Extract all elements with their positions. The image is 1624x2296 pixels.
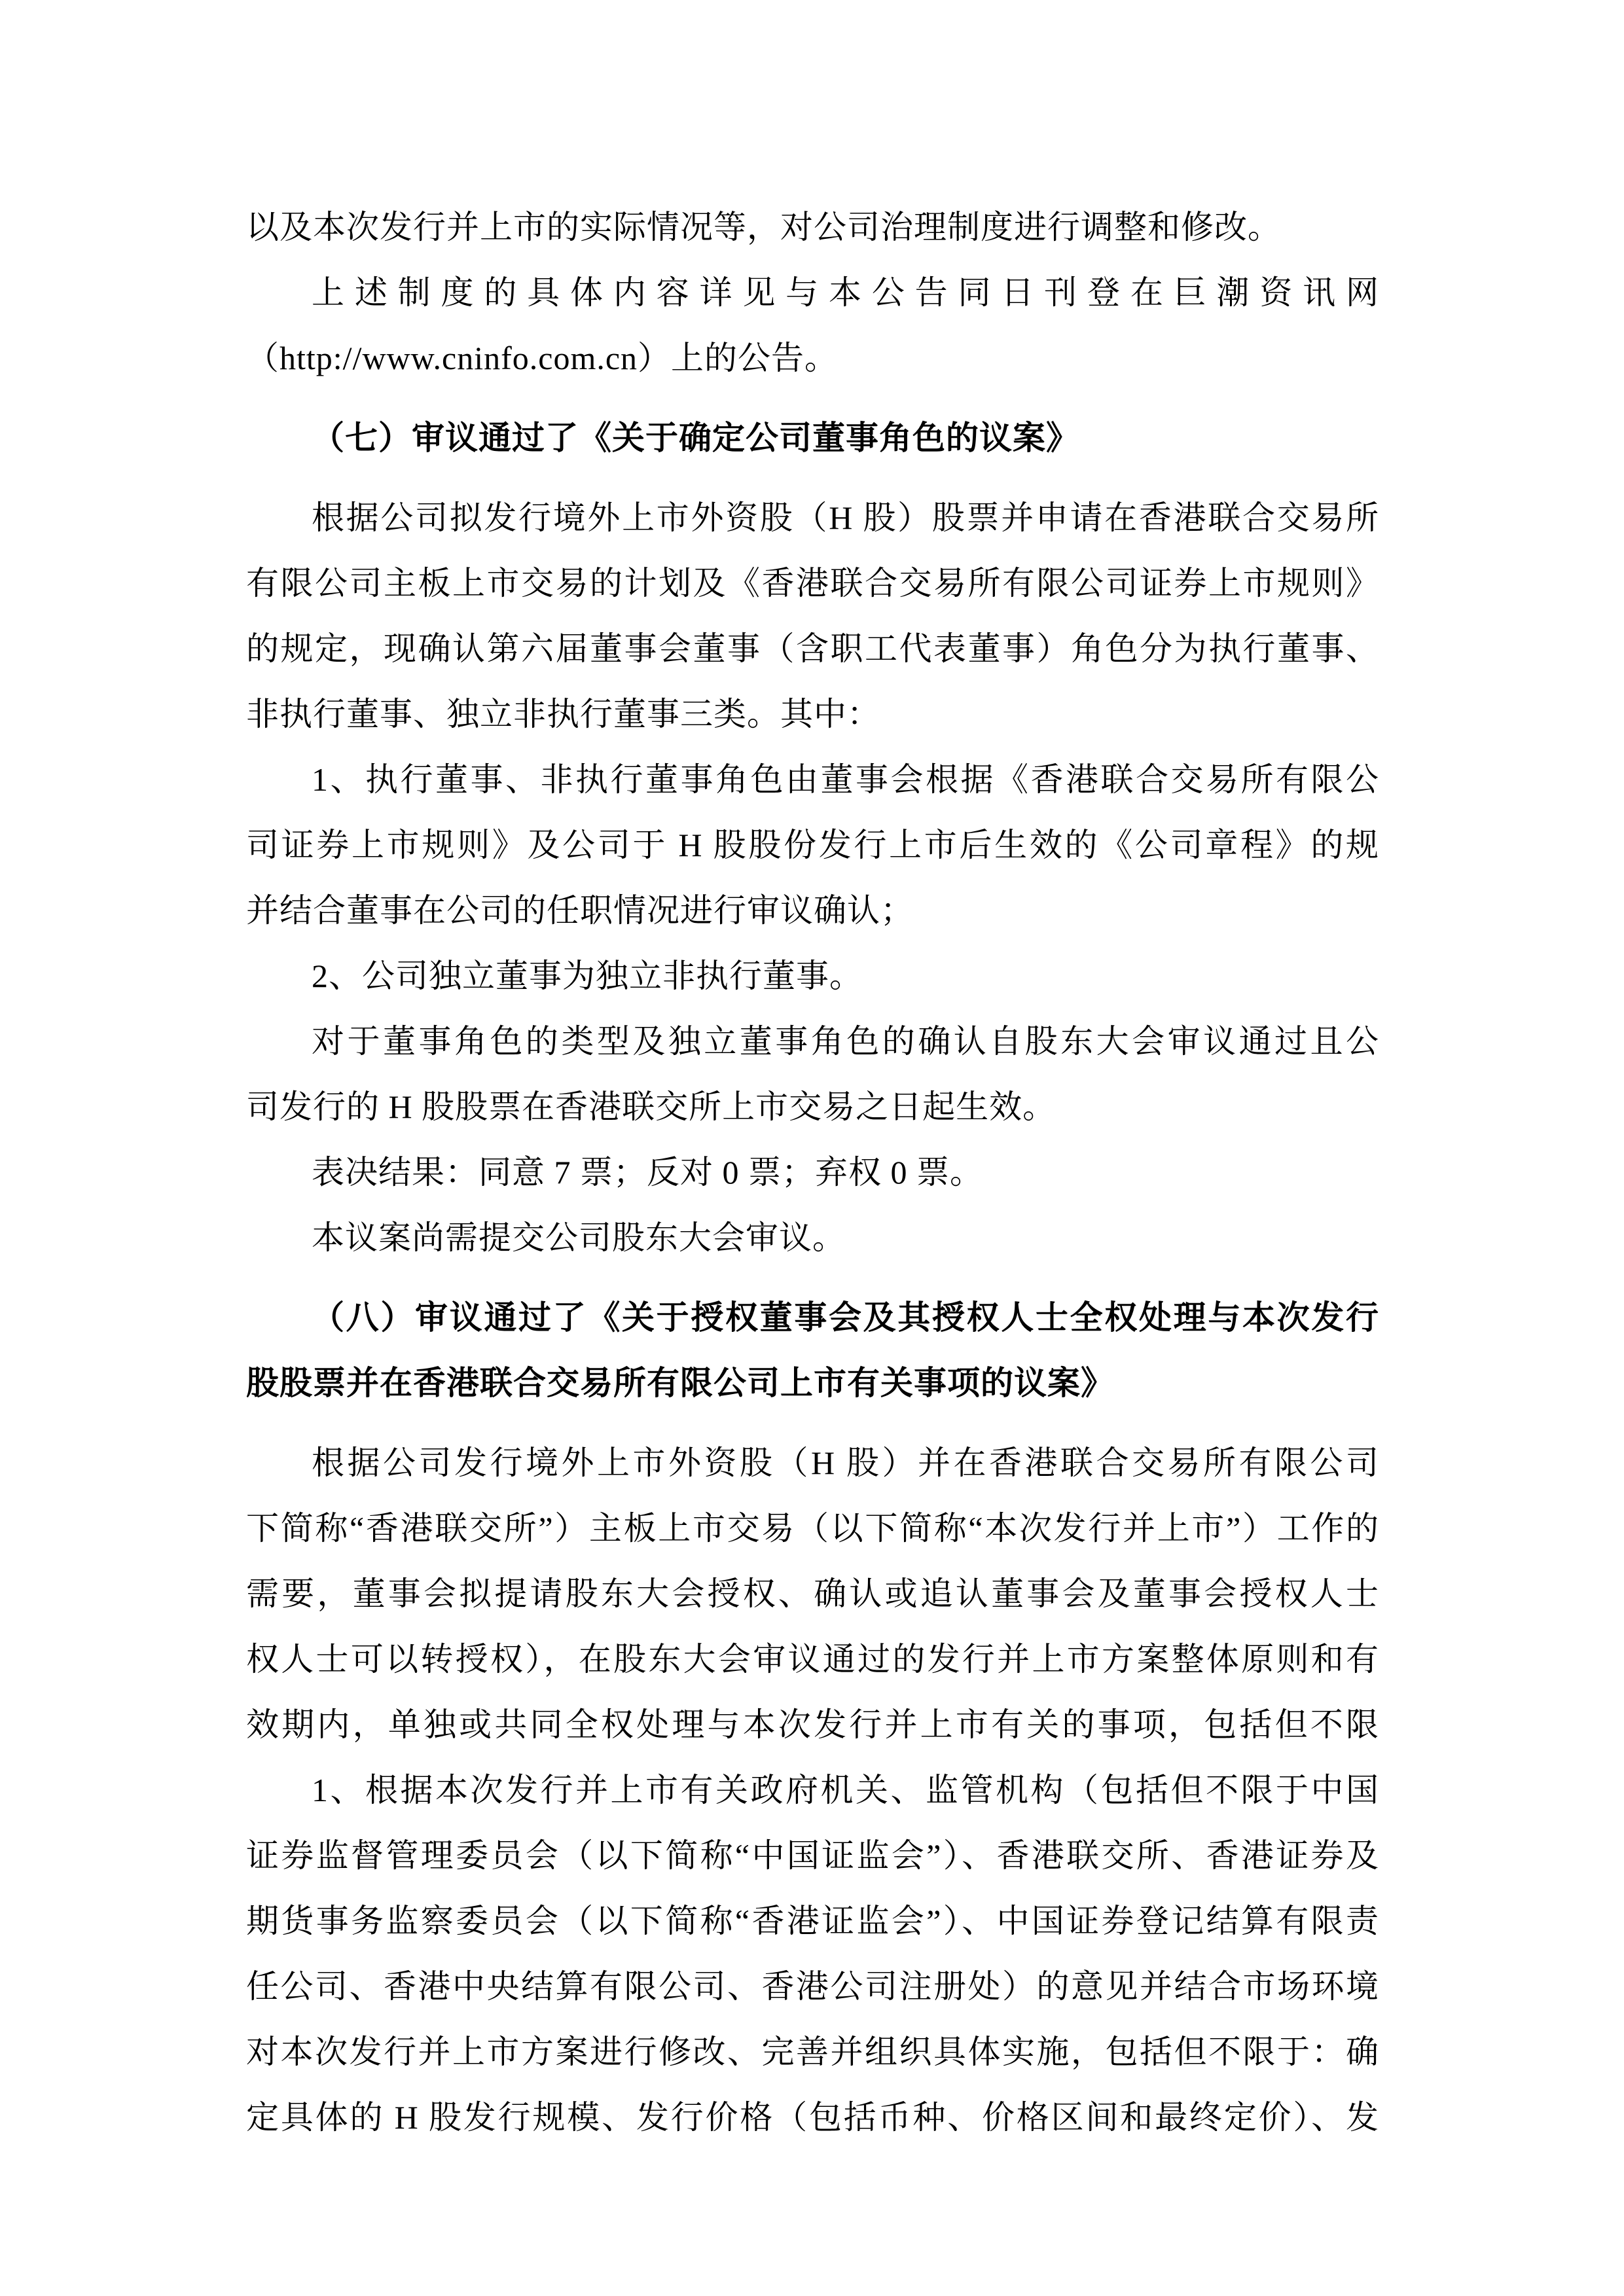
- section-heading-line: 股股票并在香港联合交易所有限公司上市有关事项的议案》: [246, 1350, 1379, 1416]
- text-line: 期货事务监察委员会（以下简称“香港证监会”）、中国证券登记结算有限责: [246, 1888, 1379, 1954]
- text-line: 上述制度的具体内容详见与本公告同日刊登在巨潮资讯网: [246, 260, 1379, 325]
- text-line: 证券监督管理委员会（以下简称“中国证监会”）、香港联交所、香港证券及: [246, 1823, 1379, 1888]
- section-heading-line: （八）审议通过了《关于授权董事会及其授权人士全权处理与本次发行 H: [246, 1285, 1379, 1350]
- document-page: 以及本次发行并上市的实际情况等，对公司治理制度进行调整和修改。上述制度的具体内容…: [0, 0, 1624, 2296]
- text-line: 1、执行董事、非执行董事角色由董事会根据《香港联合交易所有限公: [246, 747, 1379, 812]
- text-line: 以及本次发行并上市的实际情况等，对公司治理制度进行调整和修改。: [246, 194, 1379, 260]
- text-line: 权人士可以转授权），在股东大会审议通过的发行并上市方案整体原则和有: [246, 1626, 1379, 1692]
- text-line: 并结合董事在公司的任职情况进行审议确认；: [246, 878, 1379, 943]
- text-line: 司证券上市规则》及公司于 H 股股份发行上市后生效的《公司章程》的规定，: [246, 812, 1379, 878]
- text-line: 有限公司主板上市交易的计划及《香港联合交易所有限公司证券上市规则》: [246, 550, 1379, 616]
- text-line: 下简称“香港联交所”）主板上市交易（以下简称“本次发行并上市”）工作的: [246, 1496, 1379, 1561]
- text-line: 任公司、香港中央结算有限公司、香港公司注册处）的意见并结合市场环境: [246, 1954, 1379, 2019]
- text-line: 的规定，现确认第六届董事会董事（含职工代表董事）角色分为执行董事、: [246, 616, 1379, 681]
- text-line: 效期内，单独或共同全权处理与本次发行并上市有关的事项，包括但不限于：: [246, 1692, 1379, 1757]
- text-line: 定具体的 H 股发行规模、发行价格（包括币种、价格区间和最终定价）、发: [246, 2085, 1379, 2150]
- text-line: 根据公司拟发行境外上市外资股（H 股）股票并申请在香港联合交易所: [246, 485, 1379, 550]
- section-heading-line: （七）审议通过了《关于确定公司董事角色的议案》: [246, 405, 1379, 471]
- text-line: 表决结果：同意 7 票；反对 0 票；弃权 0 票。: [246, 1139, 1379, 1205]
- text-line: 司发行的 H 股股票在香港联交所上市交易之日起生效。: [246, 1074, 1379, 1139]
- text-line: 1、根据本次发行并上市有关政府机关、监管机构（包括但不限于中国: [246, 1757, 1379, 1823]
- text-line: 需要，董事会拟提请股东大会授权、确认或追认董事会及董事会授权人士（授: [246, 1561, 1379, 1626]
- text-line: 对本次发行并上市方案进行修改、完善并组织具体实施，包括但不限于：确: [246, 2019, 1379, 2085]
- text-line: 非执行董事、独立非执行董事三类。其中：: [246, 681, 1379, 747]
- text-line: 根据公司发行境外上市外资股（H 股）并在香港联合交易所有限公司（以: [246, 1430, 1379, 1496]
- text-line: 本议案尚需提交公司股东大会审议。: [246, 1205, 1379, 1270]
- document-body: 以及本次发行并上市的实际情况等，对公司治理制度进行调整和修改。上述制度的具体内容…: [246, 194, 1379, 2150]
- text-line: （http://www.cninfo.com.cn）上的公告。: [246, 325, 1379, 391]
- text-line: 2、公司独立董事为独立非执行董事。: [246, 943, 1379, 1009]
- text-line: 对于董事角色的类型及独立董事角色的确认自股东大会审议通过且公: [246, 1009, 1379, 1074]
